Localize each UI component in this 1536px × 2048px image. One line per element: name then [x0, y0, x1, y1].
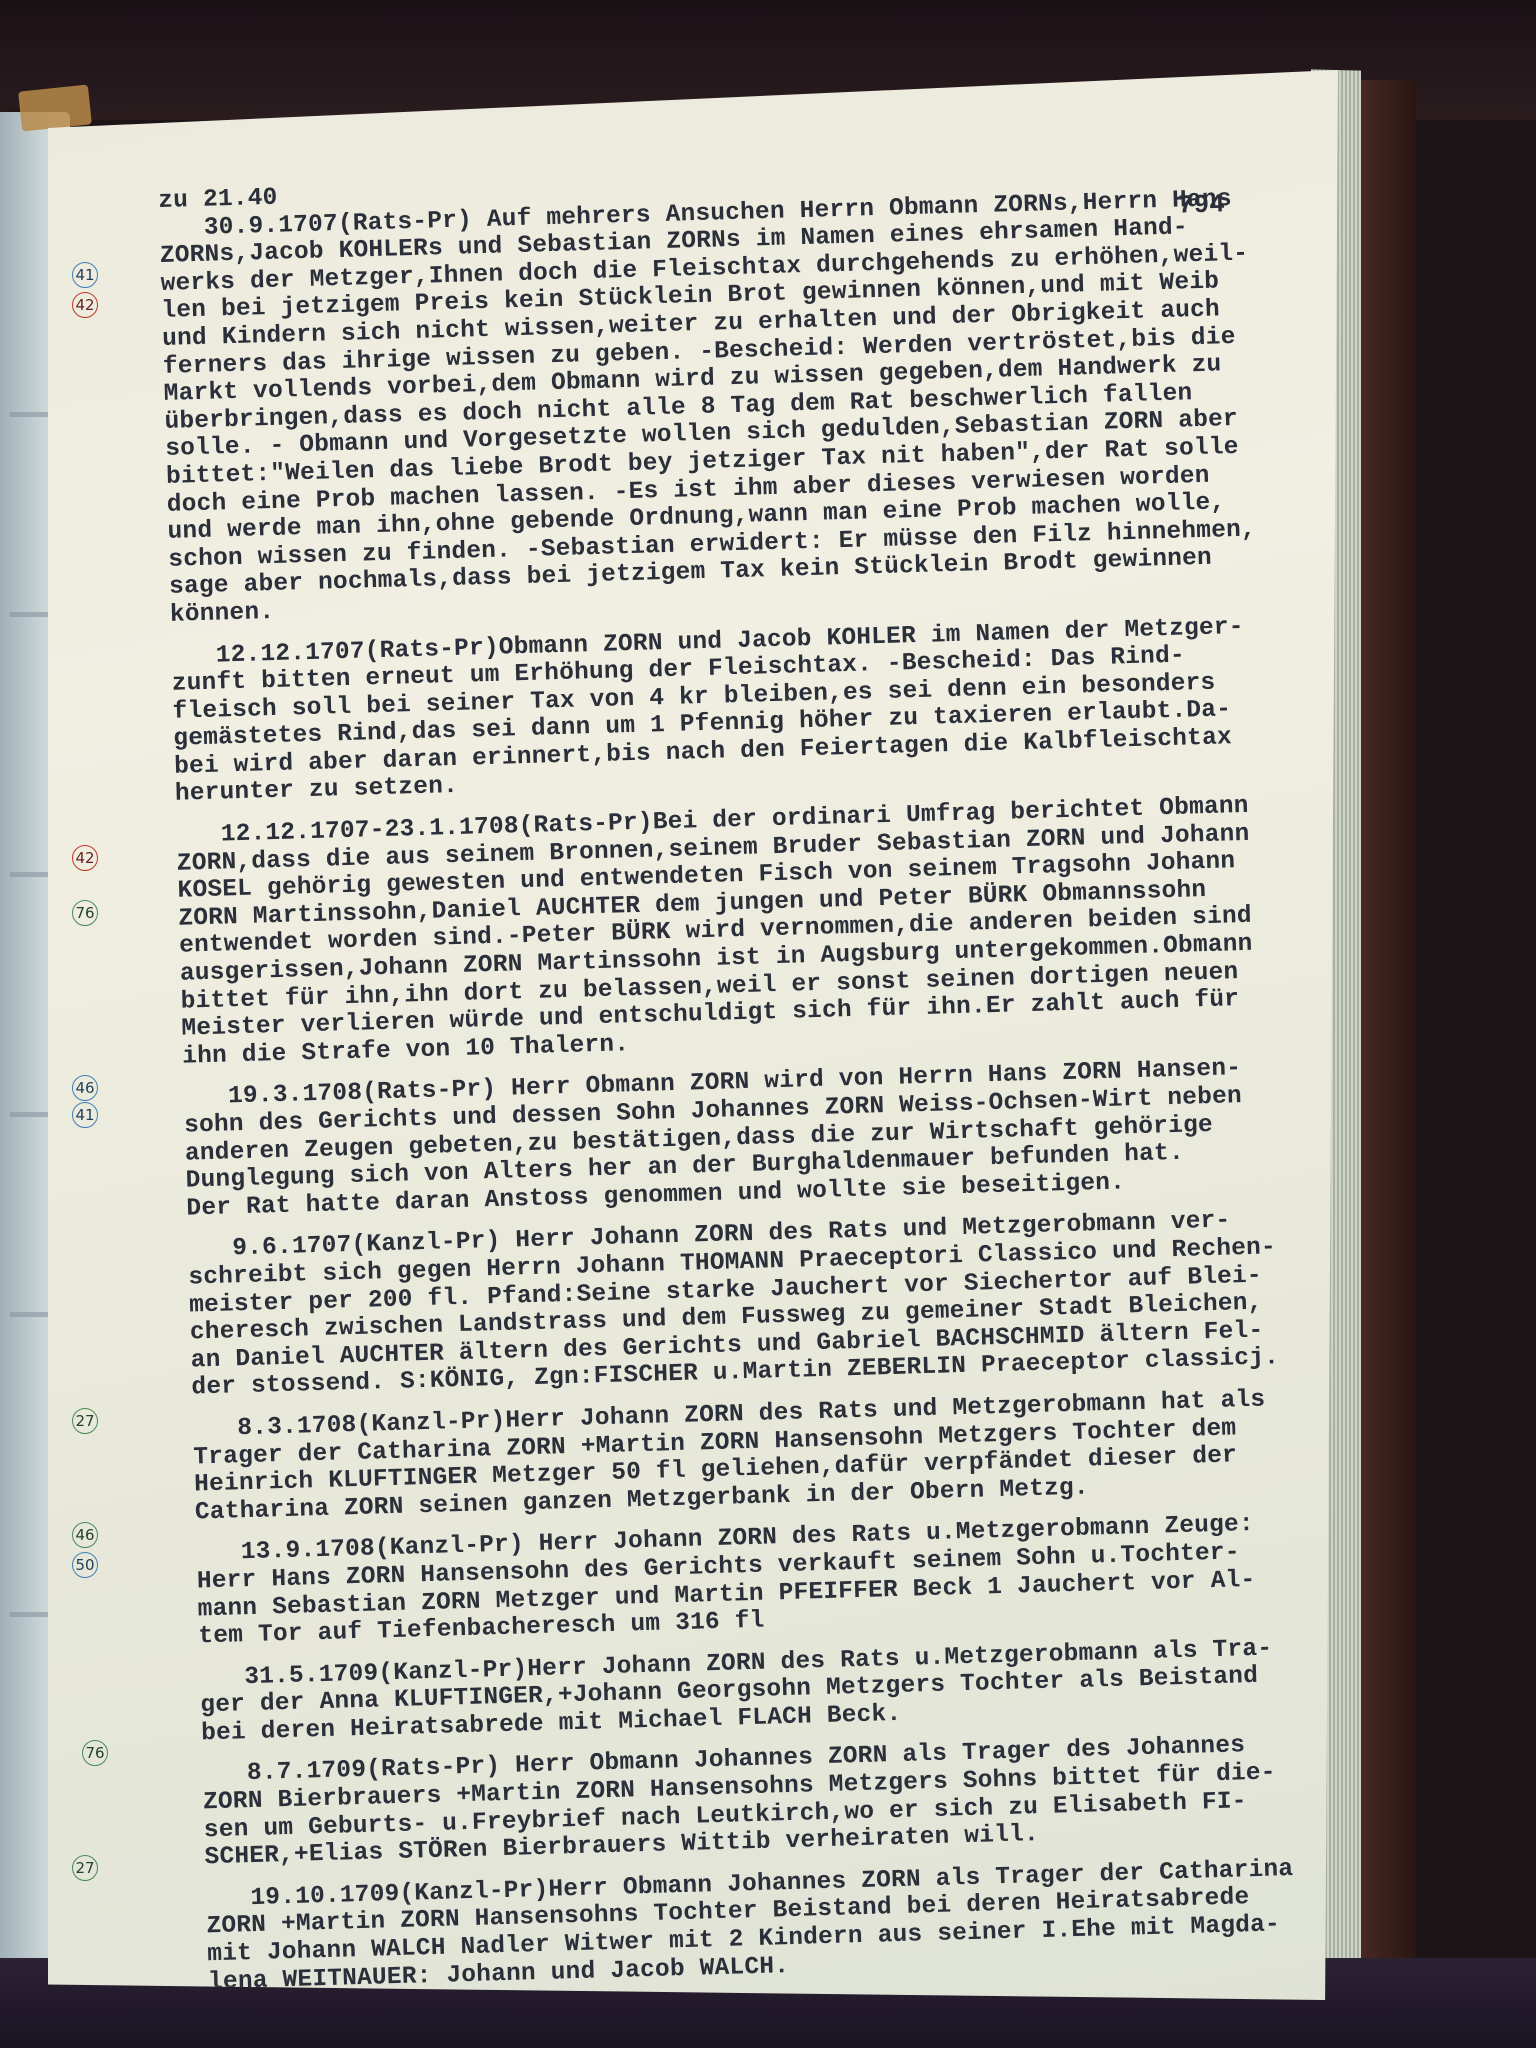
margin-note: 41 [72, 262, 98, 288]
document-entry: 9.6.1707(Kanzl-Pr) Herr Johann ZORN des … [187, 1203, 1391, 1402]
margin-note: 42 [72, 292, 98, 318]
margin-note: 46 [72, 1075, 98, 1101]
margin-note: 46 [72, 1522, 98, 1548]
margin-note: 41 [72, 1102, 98, 1128]
document-entry: 8.7.1709(Rats-Pr) Herr Obmann Johannes Z… [202, 1728, 1405, 1872]
document-entry: 13.9.1708(Kanzl-Pr) Herr Johann ZORN des… [196, 1507, 1399, 1651]
margin-note: 50 [72, 1552, 98, 1578]
document-entry: 12.12.1707(Rats-Pr)Obmann ZORN und Jacob… [171, 610, 1375, 809]
margin-note: 27 [72, 1408, 98, 1434]
margin-note: 76 [82, 1740, 108, 1766]
document-entry: 19.3.1708(Rats-Pr) Herr Obmann ZORN wird… [183, 1052, 1386, 1223]
margin-note: 27 [72, 1855, 98, 1881]
document-entry: 12.12.1707-23.1.1708(Rats-Pr)Bei der ord… [176, 789, 1382, 1071]
document-entry: 19.10.1709(Kanzl-Pr)Herr Obmann Johannes… [205, 1853, 1408, 1997]
document-entry: 8.3.1708(Kanzl-Pr)Herr Johann ZORN des R… [192, 1383, 1395, 1527]
book-spine [1356, 80, 1416, 2020]
document-entry: 31.5.1709(Kanzl-Pr)Herr Johann ZORN des … [199, 1632, 1401, 1748]
document-entry: zu 21.40 30.9.1707(Rats-Pr) Auf mehrers … [158, 154, 1370, 629]
page-content: zu 21.40 30.9.1707(Rats-Pr) Auf mehrers … [158, 154, 1408, 2010]
margin-note: 42 [72, 845, 98, 871]
document-page: 794 zu 21.40 30.9.1707(Rats-Pr) Auf mehr… [48, 70, 1338, 2000]
margin-note: 76 [72, 900, 98, 926]
bookmark-tab [18, 84, 92, 131]
